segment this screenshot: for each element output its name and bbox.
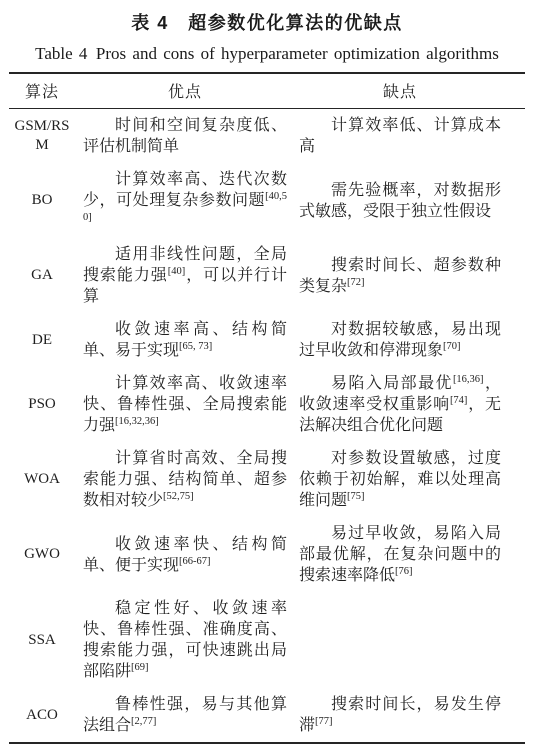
pros-cell: 适用非线性问题，全局搜索能力强[40]，可以并行计算: [75, 238, 293, 313]
pros-text: 计算效率高、迭代次数少，可处理复杂参数问题[40,50]: [83, 169, 287, 232]
table-body: GSM/RSM 时间和空间复杂度低、评估机制简单 计算效率低、计算成本高 BO …: [9, 109, 525, 743]
cons-text: 搜索时间长、超参数种类复杂[72]: [299, 255, 501, 297]
table-row: WOA 计算省时高效、全局搜索能力强、结构简单、超参数相对较少[52,75] 对…: [9, 442, 525, 517]
citation-superscript: [76]: [395, 566, 413, 577]
cons-text: 需先验概率，对数据形式敏感，受限于独立性假设: [299, 180, 501, 222]
citation-superscript: [40]: [168, 266, 186, 277]
pros-text: 收敛速率高、结构简单、易于实现[65, 73]: [83, 319, 287, 361]
cons-text: 易陷入局部最优[16,36]，收敛速率受权重影响[74]，无法解决组合优化问题: [299, 373, 501, 436]
pros-text: 稳定性好、收敛速率快、鲁棒性强、准确度高、搜索能力强，可快速跳出局部陷阱[69]: [83, 598, 287, 682]
citation-superscript: [72]: [347, 277, 365, 288]
citation-superscript: [77]: [315, 716, 333, 727]
citation-superscript: [16,32,36]: [115, 416, 159, 427]
table-container: 算法 优点 缺点 GSM/RSM 时间和空间复杂度低、评估机制简单 计算效率低、…: [9, 72, 525, 744]
scanned-paper-table-page: 表 4 超参数优化算法的优缺点 Table 4 Pros and cons of…: [0, 0, 534, 749]
algorithm-cell: SSA: [9, 592, 75, 688]
algorithm-cell: GWO: [9, 517, 75, 592]
cons-cell: 易过早收敛，易陷入局部最优解，在复杂问题中的搜索速率降低[76]: [293, 517, 525, 592]
pros-cell: 计算效率高、迭代次数少，可处理复杂参数问题[40,50]: [75, 163, 293, 238]
pros-cell: 稳定性好、收敛速率快、鲁棒性强、准确度高、搜索能力强，可快速跳出局部陷阱[69]: [75, 592, 293, 688]
header-pros: 优点: [75, 74, 293, 109]
pros-cell: 收敛速率快、结构简单、便于实现[66-67]: [75, 517, 293, 592]
cons-text: 对参数设置敏感，过度依赖于初始解，难以处理高维问题[75]: [299, 448, 501, 511]
table-row: DE 收敛速率高、结构简单、易于实现[65, 73] 对数据较敏感，易出现过早收…: [9, 313, 525, 367]
algorithm-cell: ACO: [9, 688, 75, 742]
cons-cell: 对数据较敏感，易出现过早收敛和停滞现象[70]: [293, 313, 525, 367]
pros-cell: 计算省时高效、全局搜索能力强、结构简单、超参数相对较少[52,75]: [75, 442, 293, 517]
pros-text: 鲁棒性强，易与其他算法组合[2,77]: [83, 694, 287, 736]
citation-superscript: [75]: [347, 491, 365, 502]
table-row: GA 适用非线性问题，全局搜索能力强[40]，可以并行计算 搜索时间长、超参数种…: [9, 238, 525, 313]
table-row: GSM/RSM 时间和空间复杂度低、评估机制简单 计算效率低、计算成本高: [9, 109, 525, 164]
pros-cell: 计算效率高、收敛速率快、鲁棒性强、全局搜索能力强[16,32,36]: [75, 367, 293, 442]
table-row: GWO 收敛速率快、结构简单、便于实现[66-67] 易过早收敛，易陷入局部最优…: [9, 517, 525, 592]
citation-superscript: [70]: [443, 341, 461, 352]
cons-cell: [293, 592, 525, 688]
cons-text: 计算效率低、计算成本高: [299, 115, 501, 157]
citation-superscript: [65, 73]: [179, 341, 212, 352]
table-row: ACO 鲁棒性强，易与其他算法组合[2,77] 搜索时间长，易发生停滞[77]: [9, 688, 525, 742]
pros-text: 时间和空间复杂度低、评估机制简单: [83, 115, 287, 157]
table-title-en: Table 4 Pros and cons of hyperparameter …: [0, 44, 534, 64]
table-row: BO 计算效率高、迭代次数少，可处理复杂参数问题[40,50] 需先验概率，对数…: [9, 163, 525, 238]
pros-text: 适用非线性问题，全局搜索能力强[40]，可以并行计算: [83, 244, 287, 307]
cons-cell: 易陷入局部最优[16,36]，收敛速率受权重影响[74]，无法解决组合优化问题: [293, 367, 525, 442]
table-row: PSO 计算效率高、收敛速率快、鲁棒性强、全局搜索能力强[16,32,36] 易…: [9, 367, 525, 442]
algorithm-cell: GSM/RSM: [9, 109, 75, 164]
cons-text: 搜索时间长，易发生停滞[77]: [299, 694, 501, 736]
cons-text: 易过早收敛，易陷入局部最优解，在复杂问题中的搜索速率降低[76]: [299, 523, 501, 586]
citation-superscript: [40,50]: [83, 191, 287, 223]
citation-superscript: [2,77]: [131, 716, 156, 727]
cons-cell: 搜索时间长，易发生停滞[77]: [293, 688, 525, 742]
cons-cell: 计算效率低、计算成本高: [293, 109, 525, 164]
pros-text: 收敛速率快、结构简单、便于实现[66-67]: [83, 534, 287, 576]
cons-cell: 对参数设置敏感，过度依赖于初始解，难以处理高维问题[75]: [293, 442, 525, 517]
header-algorithm: 算法: [9, 74, 75, 109]
table-header-row: 算法 优点 缺点: [9, 74, 525, 109]
citation-superscript: [52,75]: [163, 491, 194, 502]
pros-cell: 鲁棒性强，易与其他算法组合[2,77]: [75, 688, 293, 742]
citation-superscript: [16,36]: [453, 374, 484, 385]
table-title-zh: 表 4 超参数优化算法的优缺点: [0, 0, 534, 35]
pros-cell: 时间和空间复杂度低、评估机制简单: [75, 109, 293, 164]
algorithm-cell: DE: [9, 313, 75, 367]
cons-cell: 需先验概率，对数据形式敏感，受限于独立性假设: [293, 163, 525, 238]
pros-cell: 收敛速率高、结构简单、易于实现[65, 73]: [75, 313, 293, 367]
algorithm-cell: PSO: [9, 367, 75, 442]
table-row: SSA 稳定性好、收敛速率快、鲁棒性强、准确度高、搜索能力强，可快速跳出局部陷阱…: [9, 592, 525, 688]
citation-superscript: [74]: [450, 395, 468, 406]
pros-text: 计算效率高、收敛速率快、鲁棒性强、全局搜索能力强[16,32,36]: [83, 373, 287, 436]
algorithm-cell: GA: [9, 238, 75, 313]
cons-cell: 搜索时间长、超参数种类复杂[72]: [293, 238, 525, 313]
algorithm-cell: WOA: [9, 442, 75, 517]
citation-superscript: [66-67]: [179, 556, 211, 567]
pros-text: 计算省时高效、全局搜索能力强、结构简单、超参数相对较少[52,75]: [83, 448, 287, 511]
pros-cons-table: 算法 优点 缺点 GSM/RSM 时间和空间复杂度低、评估机制简单 计算效率低、…: [9, 74, 525, 742]
cons-text: 对数据较敏感，易出现过早收敛和停滞现象[70]: [299, 319, 501, 361]
citation-superscript: [69]: [131, 662, 149, 673]
algorithm-cell: BO: [9, 163, 75, 238]
header-cons: 缺点: [293, 74, 525, 109]
